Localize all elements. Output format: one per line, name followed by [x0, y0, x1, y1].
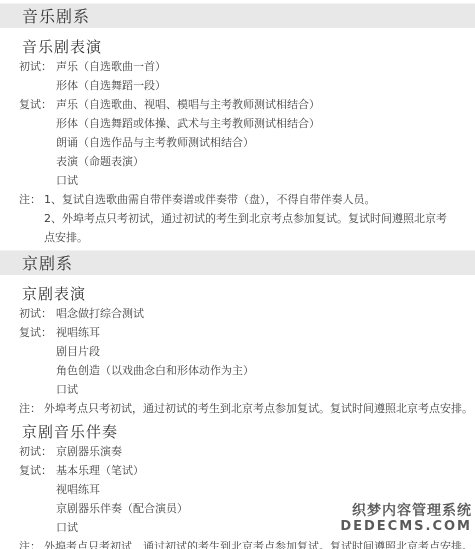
note-item: 外埠考点只考初试，通过初试的考生到北京考点参加复试。复试时间遵照北京考点安排。	[44, 537, 475, 549]
notes-label: 注：	[19, 399, 41, 418]
exam-item: 声乐（自选歌曲一首）	[56, 60, 166, 73]
exam-item-line: 视唱练耳	[0, 480, 475, 499]
exam-item: 京剧器乐伴奏（配合演员）	[56, 502, 188, 515]
watermark-domain-text: DEDECMS.COM	[340, 519, 472, 534]
exam-item: 视唱练耳	[56, 326, 100, 339]
exam-item: 唱念做打综合测试	[56, 307, 144, 320]
exam-item: 口试	[56, 174, 78, 187]
exam-round-final: 复试： 视唱练耳 剧目片段 角色创造（以戏曲念白和形体动作为主） 口试	[0, 323, 475, 399]
round-label: 复试：	[19, 461, 52, 480]
exam-item: 朗诵（自选作品与主考教师测试相结合）	[56, 136, 254, 149]
round-label: 初试：	[19, 442, 52, 461]
exam-item-line: 初试： 唱念做打综合测试	[0, 304, 475, 323]
note-item: 外埠考点只考初试，通过初试的考生到北京考点参加复试。复试时间遵照北京考点安排。	[44, 399, 475, 418]
exam-item-line: 形体（自选舞蹈一段）	[0, 76, 475, 95]
program-musical-theatre-performance: 音乐剧表演 初试： 声乐（自选歌曲一首） 形体（自选舞蹈一段） 复试： 声乐（自…	[0, 37, 475, 247]
exam-item-line: 复试： 基本乐理（笔试）	[0, 461, 475, 480]
program-title: 音乐剧表演	[0, 37, 475, 57]
exam-item: 口试	[56, 383, 78, 396]
round-label: 复试：	[19, 323, 52, 342]
program-title: 京剧音乐伴奏	[0, 422, 475, 442]
exam-item-line: 角色创造（以戏曲念白和形体动作为主）	[0, 361, 475, 380]
exam-item-line: 口试	[0, 171, 475, 190]
exam-item-line: 形体（自选舞蹈或体操、武术与主考教师测试相结合）	[0, 114, 475, 133]
exam-item-line: 复试： 声乐（自选歌曲、视唱、模唱与主考教师测试相结合）	[0, 95, 475, 114]
notes-label: 注：	[19, 537, 41, 549]
round-label: 初试：	[19, 304, 52, 323]
notes-block: 注： 外埠考点只考初试，通过初试的考生到北京考点参加复试。复试时间遵照北京考点安…	[0, 537, 475, 549]
exam-item-line: 表演（命题表演）	[0, 152, 475, 171]
exam-item: 基本乐理（笔试）	[56, 464, 144, 477]
dedecms-watermark: 织梦内容管理系统 DEDECMS.COM	[340, 504, 472, 534]
program-title: 京剧表演	[0, 284, 475, 304]
note-item: 2、外埠考点只考初试，通过初试的考生到北京考点参加复试。复试时间遵照北京考点安排…	[44, 209, 452, 247]
section-header-peking-opera: 京剧系	[0, 250, 475, 275]
exam-item-line: 朗诵（自选作品与主考教师测试相结合）	[0, 133, 475, 152]
exam-item: 京剧器乐演奏	[56, 445, 122, 458]
exam-item-line: 复试： 视唱练耳	[0, 323, 475, 342]
exam-item-line: 初试： 声乐（自选歌曲一首）	[0, 57, 475, 76]
program-peking-opera-performance: 京剧表演 初试： 唱念做打综合测试 复试： 视唱练耳 剧目片段 角色创造（以戏曲…	[0, 284, 475, 418]
exam-item: 形体（自选舞蹈或体操、武术与主考教师测试相结合）	[56, 117, 320, 130]
exam-item: 口试	[56, 521, 78, 534]
exam-item: 声乐（自选歌曲、视唱、模唱与主考教师测试相结合）	[56, 98, 320, 111]
watermark-chinese-text: 织梦内容管理系统	[340, 504, 472, 519]
section-header-musical-theatre: 音乐剧系	[0, 3, 475, 28]
round-label: 复试：	[19, 95, 52, 114]
exam-round-preliminary: 初试： 唱念做打综合测试	[0, 304, 475, 323]
notes-label: 注：	[19, 190, 41, 209]
exam-item: 剧目片段	[56, 345, 100, 358]
exam-round-preliminary: 初试： 京剧器乐演奏	[0, 442, 475, 461]
exam-item: 表演（命题表演）	[56, 155, 144, 168]
exam-round-final: 复试： 声乐（自选歌曲、视唱、模唱与主考教师测试相结合） 形体（自选舞蹈或体操、…	[0, 95, 475, 190]
exam-item-line: 初试： 京剧器乐演奏	[0, 442, 475, 461]
exam-item: 形体（自选舞蹈一段）	[56, 79, 166, 92]
exam-item: 视唱练耳	[56, 483, 100, 496]
exam-round-preliminary: 初试： 声乐（自选歌曲一首） 形体（自选舞蹈一段）	[0, 57, 475, 95]
exam-item-line: 剧目片段	[0, 342, 475, 361]
exam-item: 角色创造（以戏曲念白和形体动作为主）	[56, 364, 254, 377]
notes-block: 注： 外埠考点只考初试，通过初试的考生到北京考点参加复试。复试时间遵照北京考点安…	[0, 399, 475, 418]
exam-item-line: 口试	[0, 380, 475, 399]
round-label: 初试：	[19, 57, 52, 76]
notes-block: 注： 1、复试自选歌曲需自带伴奏谱或伴奏带（盘），不得自带伴奏人员。 2、外埠考…	[0, 190, 452, 247]
note-item: 1、复试自选歌曲需自带伴奏谱或伴奏带（盘），不得自带伴奏人员。	[44, 190, 452, 209]
